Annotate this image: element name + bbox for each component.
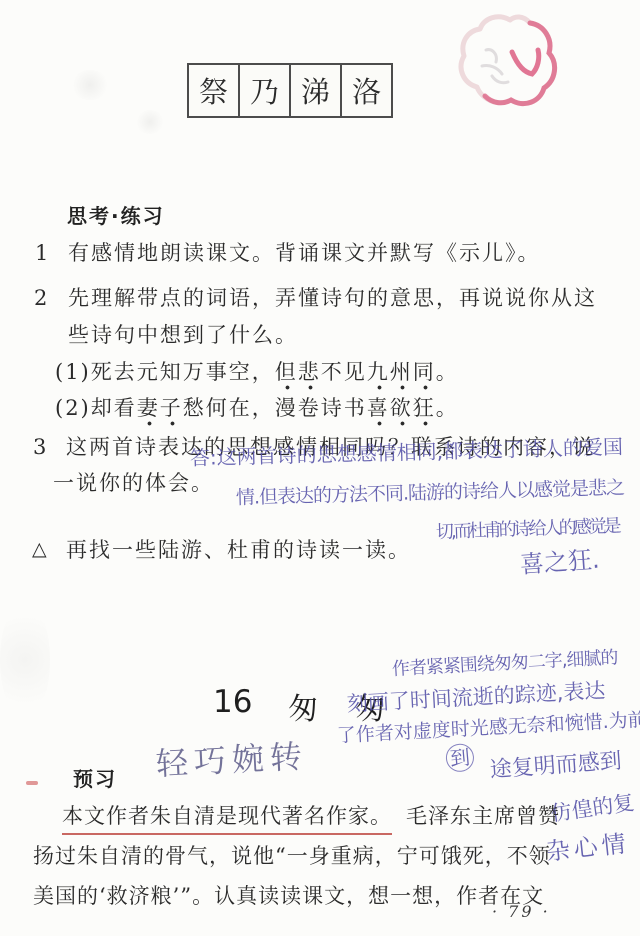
preview-heading: 预习 xyxy=(73,763,117,792)
vocab-table: 祭 乃 涕 洛 xyxy=(187,63,393,118)
poem-text-segment: 却看 xyxy=(91,396,137,420)
extra-exercise-text: 再找一些陆游、杜甫的诗读一读。 xyxy=(66,538,411,563)
poem-text-segment: 不见 xyxy=(321,360,367,384)
red-margin-tick xyxy=(26,781,38,785)
paragraph-text: 毛泽东主席曾赞 xyxy=(406,804,560,828)
vocab-cell: 洛 xyxy=(340,65,391,116)
handwritten-insert-char: 到 xyxy=(445,747,475,769)
vocab-cell: 涕 xyxy=(289,65,340,116)
handwritten-answer-line-4: 喜之狂. xyxy=(519,547,600,576)
poem-line-1: (1)死去元知万事空，但悲不见九州同。 xyxy=(55,360,459,385)
preview-paragraph-line-1: 本文作者朱自清是现代著名作家。毛泽东主席曾赞 xyxy=(62,804,560,829)
lesson-title-char-1: 匆 xyxy=(288,684,318,728)
item-1-number: 1 xyxy=(35,241,48,266)
handwritten-remark: 轻巧婉转 xyxy=(155,740,308,780)
ink-stamp-icon xyxy=(452,10,570,120)
poem-prefix: (1) xyxy=(55,360,91,384)
vocab-cell: 祭 xyxy=(189,65,238,116)
scan-smudge xyxy=(70,70,110,100)
preview-paragraph-line-3: 美国的‘救济粮’”。认真读读课文，想一想，作者在文 xyxy=(33,884,544,909)
poem-text-segment: 。 xyxy=(436,360,459,384)
poem-text-segment: 。 xyxy=(436,396,459,420)
handwritten-insert-circle: 到 xyxy=(445,743,475,773)
handwritten-note-line-5: 仿偟的复 xyxy=(550,792,636,824)
exercise-heading: 思考·练习 xyxy=(67,200,165,229)
item-1-text: 有感情地朗读课文。背诵课文并默写《示儿》。 xyxy=(68,241,541,266)
preview-paragraph-line-2: 扬过朱自清的骨气，说他“一身重病，宁可饿死，不领 xyxy=(33,844,551,869)
poem-emphasized-segment: 但悲 xyxy=(275,360,321,390)
poem-line-2: (2)却看妻子愁何在，漫卷诗书喜欲狂。 xyxy=(55,396,459,421)
poem-emphasized-segment: 喜欲狂 xyxy=(367,396,436,426)
handwritten-note-line-6: 杂心情 xyxy=(545,831,631,864)
item-2-text-line1: 先理解带点的词语，弄懂诗句的意思，再说说你从这 xyxy=(68,286,597,311)
vocab-cell: 乃 xyxy=(238,65,289,116)
red-underlined-sentence: 本文作者朱自清是现代著名作家。 xyxy=(62,804,392,835)
scan-smudge xyxy=(135,110,165,134)
poem-text-segment: 死去元知万事空， xyxy=(91,360,275,384)
lesson-number: 16 xyxy=(213,684,252,720)
poem-emphasized-segment: 妻子 xyxy=(137,396,183,426)
handwritten-note-line-4: 途复明而感到 xyxy=(489,751,622,782)
item-3-number: 3 xyxy=(33,435,46,460)
handwritten-answer-line-3: 切,而杜甫的诗给人的感觉是 xyxy=(436,518,619,542)
handwritten-note-line-1: 作者紧紧围绕匆匆二字,细腻的 xyxy=(392,649,618,679)
item-2-number: 2 xyxy=(34,286,47,311)
triangle-marker: △ xyxy=(32,538,47,561)
poem-prefix: (2) xyxy=(55,396,91,420)
textbook-page: 祭 乃 涕 洛 思考·练习 1 有感情地朗读课文。背诵课文并默写《示儿》。 2 … xyxy=(0,0,640,936)
item-3-text-line2: 一说你的体会。 xyxy=(53,471,214,496)
handwritten-answer-line-2: 情.但表达的方法不同.陆游的诗给人以感觉是悲之 xyxy=(236,479,624,508)
poem-text-segment: 愁何在，漫卷诗书 xyxy=(183,396,367,420)
page-number: · 79 · xyxy=(492,902,551,921)
item-2-text-line2: 些诗句中想到了什么。 xyxy=(68,323,298,348)
poem-emphasized-segment: 九州同 xyxy=(367,360,436,390)
